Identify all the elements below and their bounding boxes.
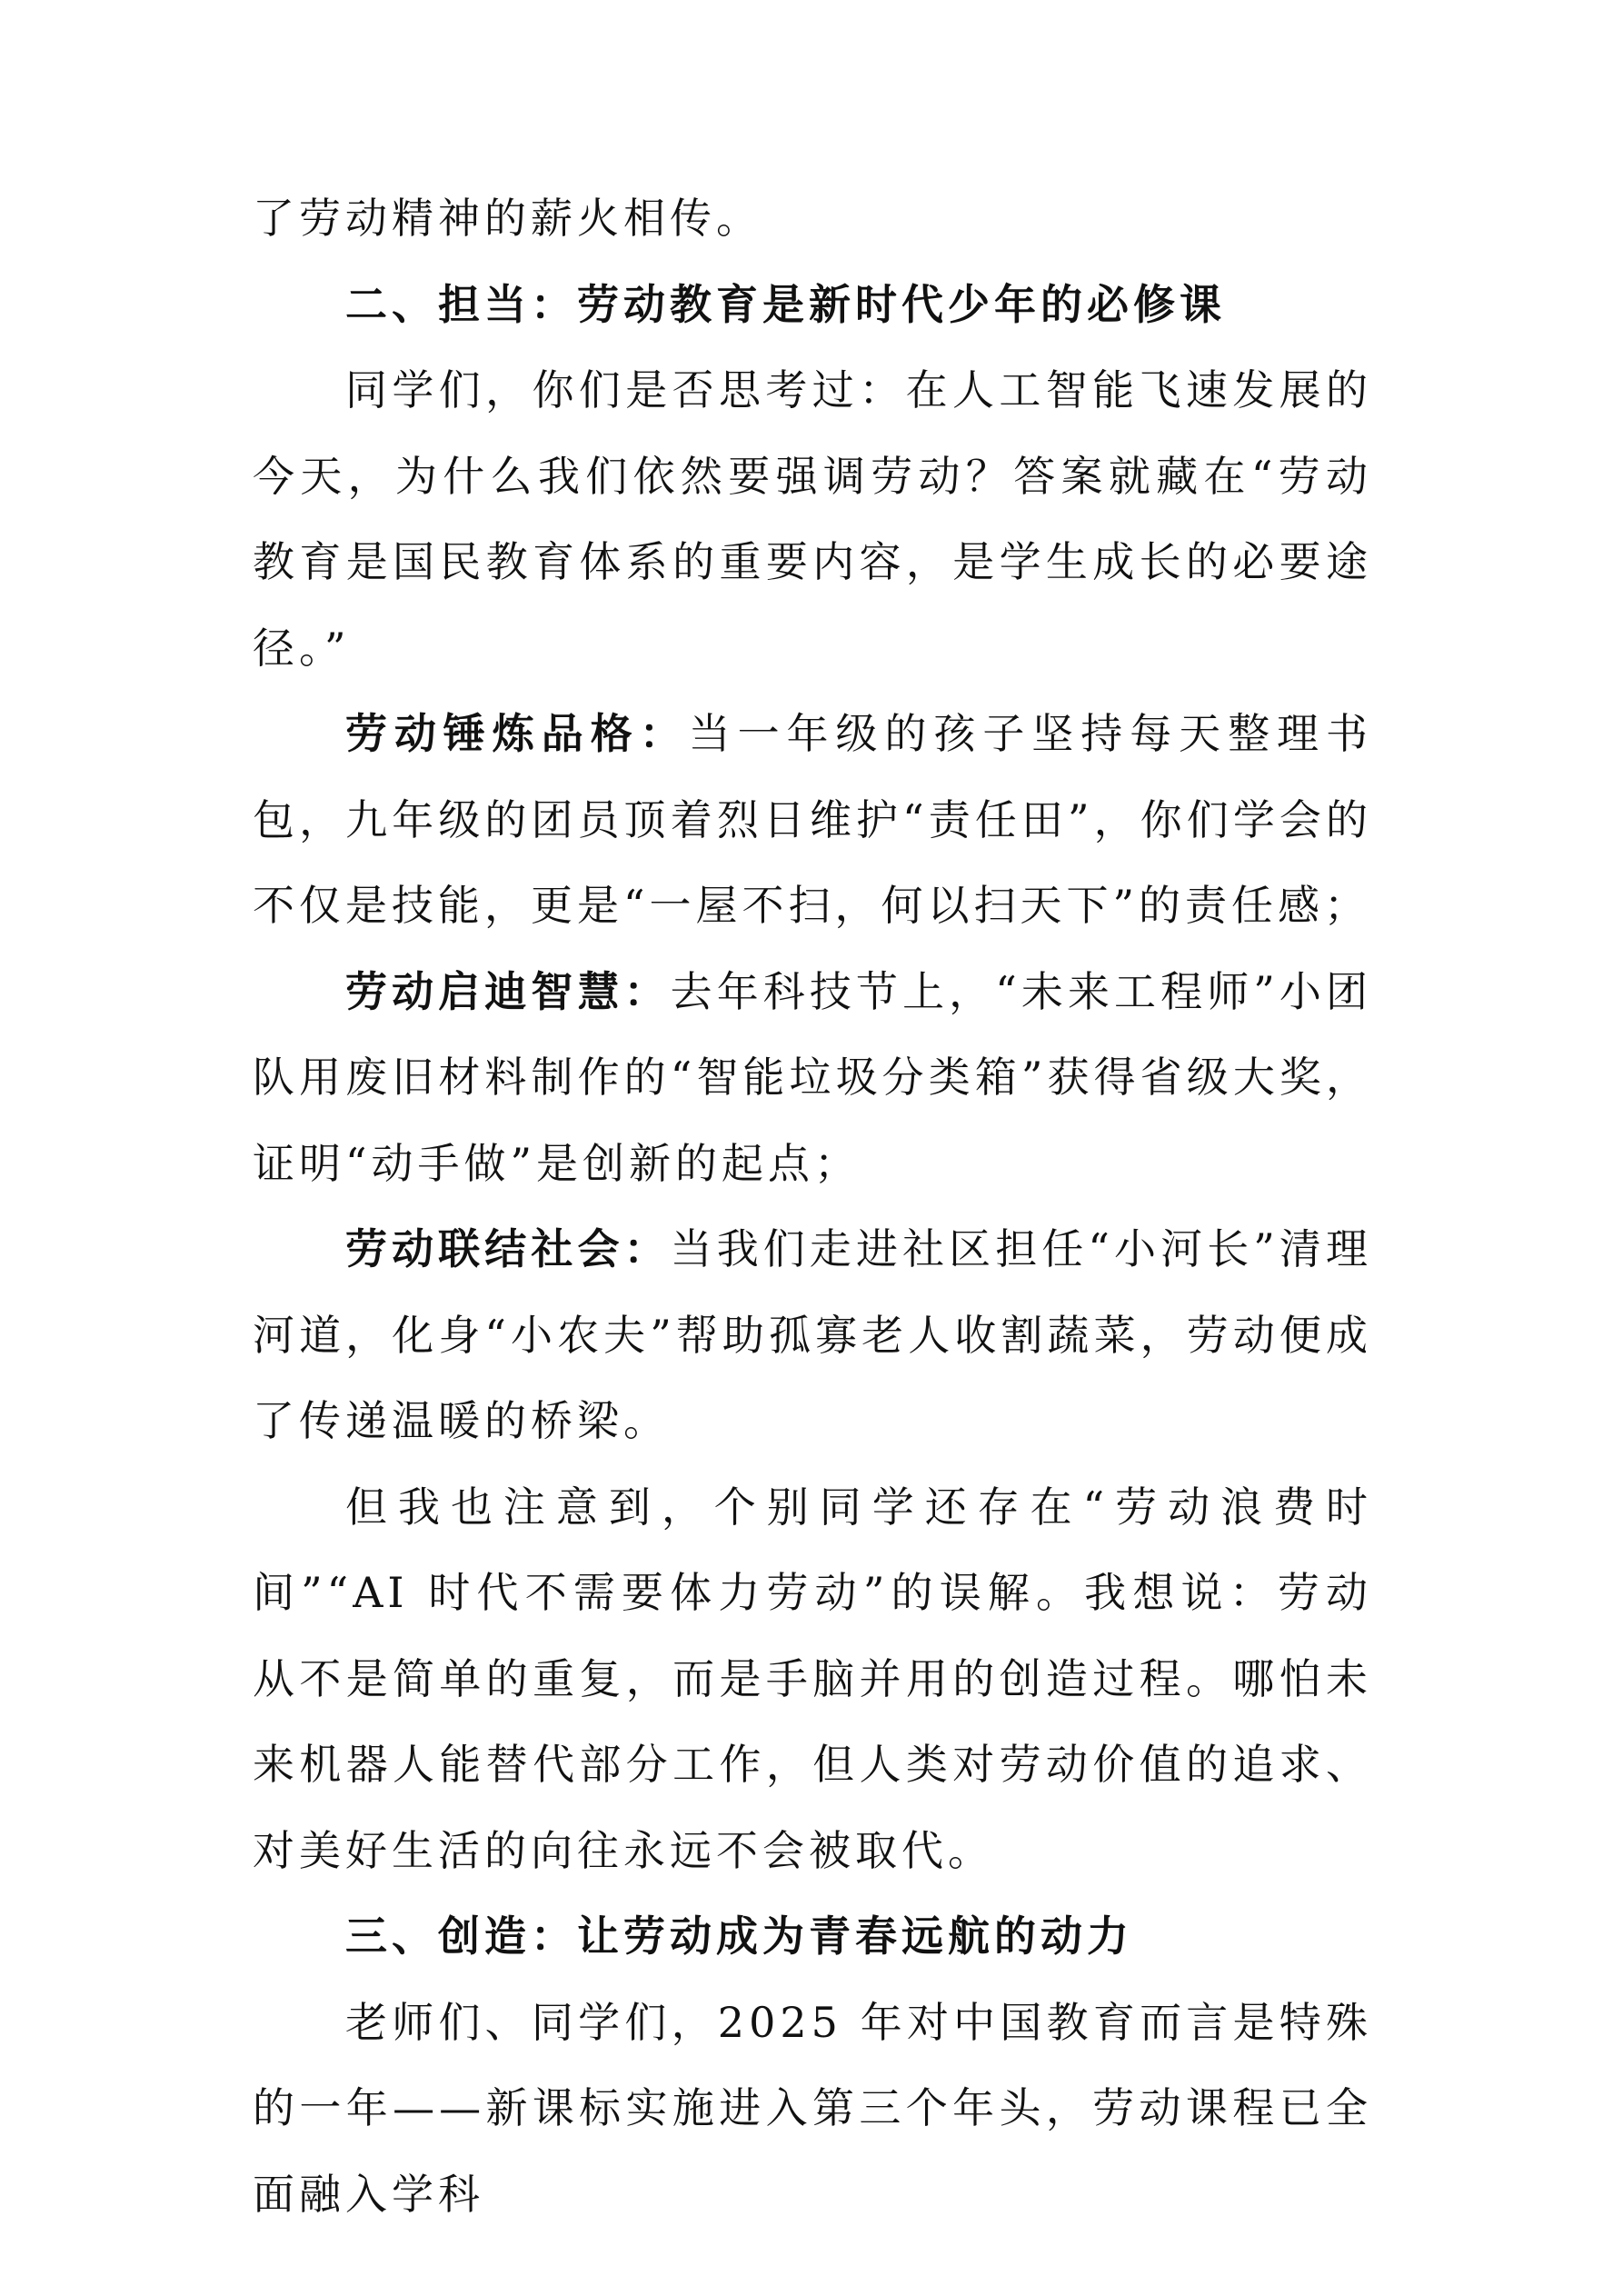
document-page: 了劳动精神的薪火相传。 二、担当：劳动教育是新时代少年的必修课 同学们，你们是否… [253, 175, 1372, 2237]
section-heading-3: 三、创造：让劳动成为青春远航的动力 [253, 1893, 1372, 1980]
paragraph-character: 劳动锤炼品格：当一年级的孩子坚持每天整理书包，九年级的团员顶着烈日维护“责任田”… [253, 691, 1372, 949]
paragraph-wisdom: 劳动启迪智慧：去年科技节上，“未来工程师”小团队用废旧材料制作的“智能垃圾分类箱… [253, 949, 1372, 1207]
paragraph-continuation: 了劳动精神的薪火相传。 [253, 175, 1372, 262]
paragraph-misconception: 但我也注意到，个别同学还存在“劳动浪费时间”“AI 时代不需要体力劳动”的误解。… [253, 1464, 1372, 1894]
section-heading-2: 二、担当：劳动教育是新时代少年的必修课 [253, 262, 1372, 348]
paragraph-text: 老师们、同学们，2025 年对中国教育而言是特殊的一年——新课标实施进入第三个年… [253, 1998, 1372, 2219]
paragraph-lead: 劳动联结社会： [345, 1224, 671, 1273]
paragraph-lead: 劳动锤炼品格： [345, 709, 689, 758]
paragraph-society: 劳动联结社会：当我们走进社区担任“小河长”清理河道，化身“小农夫”帮助孤寡老人收… [253, 1206, 1372, 1464]
paragraph-text: 了劳动精神的薪火相传。 [253, 194, 762, 243]
paragraph-text: 同学们，你们是否思考过：在人工智能飞速发展的今天，为什么我们依然要强调劳动？答案… [253, 365, 1372, 673]
paragraph-text: 但我也注意到，个别同学还存在“劳动浪费时间”“AI 时代不需要体力劳动”的误解。… [253, 1482, 1372, 1875]
paragraph-intro: 同学们，你们是否思考过：在人工智能飞速发展的今天，为什么我们依然要强调劳动？答案… [253, 347, 1372, 691]
paragraph-2025: 老师们、同学们，2025 年对中国教育而言是特殊的一年——新课标实施进入第三个年… [253, 1980, 1372, 2238]
paragraph-lead: 劳动启迪智慧： [345, 967, 671, 1016]
